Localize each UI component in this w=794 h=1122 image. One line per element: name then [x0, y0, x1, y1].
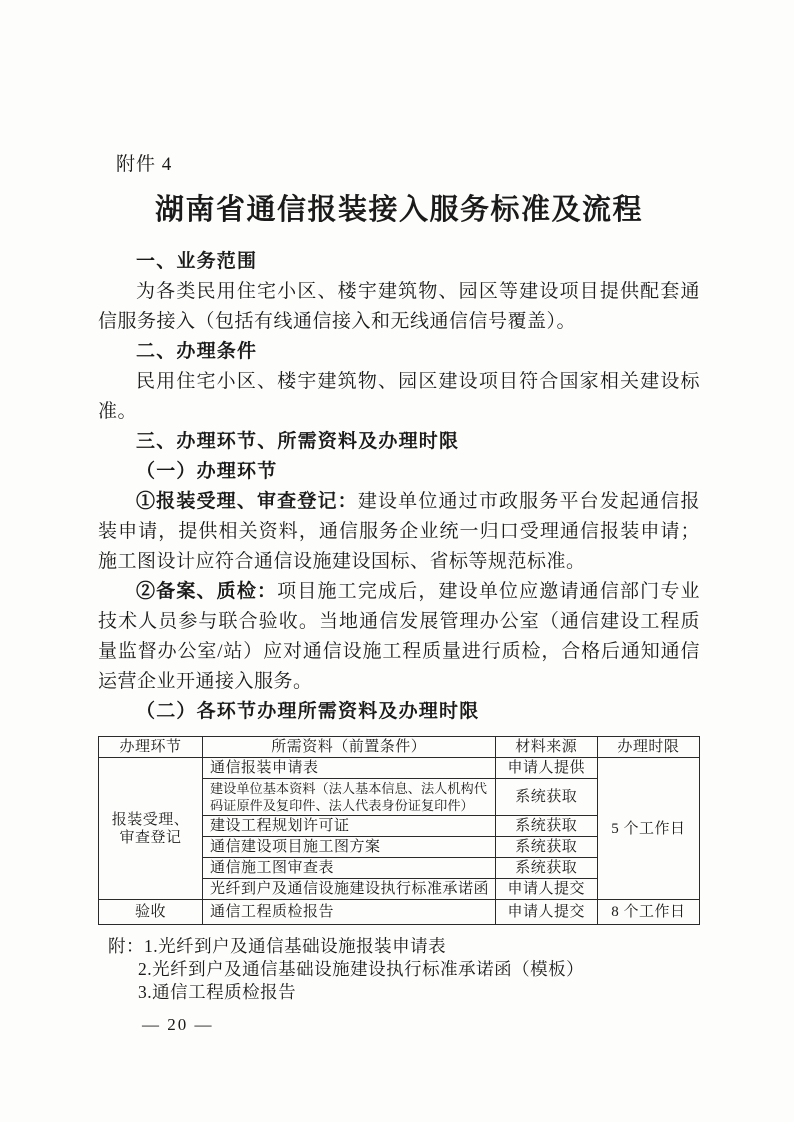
col-header-stage: 办理环节 [99, 737, 203, 758]
notes-label: 附： [108, 936, 144, 956]
document-page: 附件 4 湖南省通信报装接入服务标准及流程 一、业务范围 为各类民用住宅小区、楼… [0, 0, 794, 1122]
section-1-paragraph: 为各类民用住宅小区、楼宇建筑物、园区等建设项目提供配套通信服务接入（包括有线通信… [98, 277, 700, 337]
material-cell: 建设单位基本资料（法人基本信息、法人机构代码证原件及复印件、法人代表身份证复印件… [202, 779, 495, 816]
section-3-sub2-heading: （二）各环节办理所需资料及办理时限 [98, 697, 700, 727]
section-3-sub1-heading: （一）办理环节 [98, 457, 700, 487]
section-1-heading: 一、业务范围 [98, 247, 700, 277]
note-line-1: 附：1.光纤到户及通信基础设施报装申请表 [108, 935, 700, 958]
stage-cell-acceptance: 报装受理、 审查登记 [99, 758, 203, 900]
step-2-paragraph: ②备案、质检：项目施工完成后，建设单位应邀请通信部门专业技术人员参与联合验收。当… [98, 577, 700, 697]
section-2-heading: 二、办理条件 [98, 337, 700, 367]
source-cell: 申请人提供 [495, 758, 597, 779]
material-cell: 光纤到户及通信设施建设执行标准承诺函 [202, 879, 495, 900]
note-line-3: 3.通信工程质检报告 [138, 981, 700, 1004]
table-header-row: 办理环节 所需资料（前置条件） 材料来源 办理时限 [99, 737, 700, 758]
col-header-material: 所需资料（前置条件） [202, 737, 495, 758]
source-cell: 申请人提交 [495, 900, 597, 925]
document-body: 一、业务范围 为各类民用住宅小区、楼宇建筑物、园区等建设项目提供配套通信服务接入… [98, 247, 700, 727]
col-header-time-limit: 办理时限 [597, 737, 699, 758]
note-item-1: 1.光纤到户及通信基础设施报装申请表 [144, 936, 446, 956]
stage-cell-inspection: 验收 [99, 900, 203, 925]
step-2-lead: ②备案、质检： [136, 581, 277, 602]
table-row: 验收 通信工程质检报告 申请人提交 8 个工作日 [99, 900, 700, 925]
note-line-2: 2.光纤到户及通信基础设施建设执行标准承诺函（模板） [138, 958, 700, 981]
source-cell: 系统获取 [495, 779, 597, 816]
material-cell: 通信报装申请表 [202, 758, 495, 779]
step-1-paragraph: ①报装受理、审查登记：建设单位通过市政服务平台发起通信报装申请，提供相关资料，通… [98, 487, 700, 577]
material-cell: 通信建设项目施工图方案 [202, 837, 495, 858]
attachments-notes: 附：1.光纤到户及通信基础设施报装申请表 2.光纤到户及通信基础设施建设执行标准… [98, 935, 700, 1004]
page-number: — 20 — [142, 1015, 700, 1035]
table-row: 报装受理、 审查登记 通信报装申请表 申请人提供 5 个工作日 [99, 758, 700, 779]
step-1-lead: ①报装受理、审查登记： [136, 491, 358, 512]
time-limit-cell-inspection: 8 个工作日 [597, 900, 699, 925]
source-cell: 系统获取 [495, 816, 597, 837]
col-header-source: 材料来源 [495, 737, 597, 758]
document-title: 湖南省通信报装接入服务标准及流程 [98, 190, 700, 230]
source-cell: 申请人提交 [495, 879, 597, 900]
source-cell: 系统获取 [495, 858, 597, 879]
page-content: 附件 4 湖南省通信报装接入服务标准及流程 一、业务范围 为各类民用住宅小区、楼… [0, 0, 794, 1035]
attachment-label: 附件 4 [116, 153, 700, 177]
section-2-paragraph: 民用住宅小区、楼宇建筑物、园区建设项目符合国家相关建设标准。 [98, 367, 700, 427]
material-cell: 通信施工图审查表 [202, 858, 495, 879]
materials-table: 办理环节 所需资料（前置条件） 材料来源 办理时限 报装受理、 审查登记 通信报… [98, 736, 700, 925]
source-cell: 系统获取 [495, 837, 597, 858]
material-cell: 建设工程规划许可证 [202, 816, 495, 837]
section-3-heading: 三、办理环节、所需资料及办理时限 [98, 427, 700, 457]
time-limit-cell-acceptance: 5 个工作日 [597, 758, 699, 900]
material-cell: 通信工程质检报告 [202, 900, 495, 925]
